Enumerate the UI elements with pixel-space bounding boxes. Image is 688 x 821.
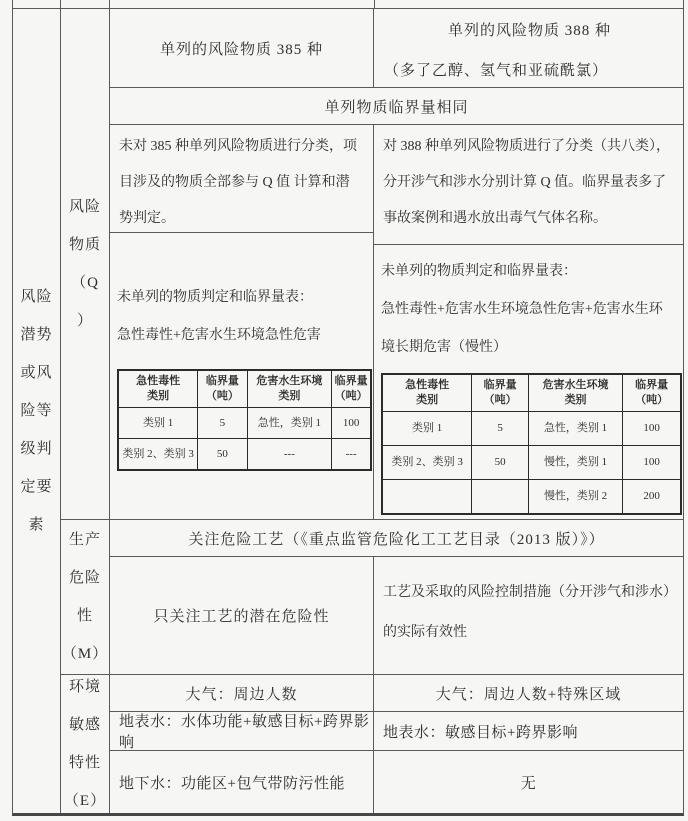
table-cell: 急性，类别 1: [247, 408, 332, 439]
table-body: 风险 潜势 或风 险等 级判 定要 素 风险 物质 （Q ） 单列的风险物质 3…: [13, 9, 683, 813]
cell-new-listed-substances: 单列的风险物质 388 种 （多了乙醇、氢气和亚硫酰氯）: [374, 9, 683, 87]
table-header-row: 急性毒性 类别 临界量 （吨） 危害水生环境 类别 临界量 （吨）: [118, 370, 371, 408]
cell-old-groundwater: 地下水：功能区+包气带防污性能: [110, 751, 374, 813]
row-process-comparison: 只关注工艺的潜在危险性 工艺及采取的风险控制措施（分开涉气和涉水） 的实际有效性: [110, 557, 683, 674]
column-header-critical-quantity: 临界量 （吨）: [472, 374, 529, 412]
new-listed-substances-line1: 单列的风险物质 388 种: [384, 11, 675, 51]
table-row: 类别 2、类别 3 50 慢性，类别 1 100: [382, 446, 681, 480]
table-cell: 5: [472, 412, 529, 446]
cell-new-process-control: 工艺及采取的风险控制措施（分开涉气和涉水） 的实际有效性: [374, 557, 683, 674]
old-unlisted-criteria-table: 急性毒性 类别 临界量 （吨） 危害水生环境 类别 临界量 （吨）: [117, 369, 372, 471]
table-cell: 5: [198, 408, 247, 439]
new-listed-substances-line2: （多了乙醇、氢气和亚硫酰氯）: [384, 51, 675, 91]
table-cell: 50: [198, 439, 247, 471]
table-cell: 类别 2、类别 3: [118, 439, 198, 471]
cell-span-critical-quantity-same: 单列物质临界量相同: [110, 88, 683, 125]
table-cell: 类别 1: [118, 408, 198, 439]
cell-new-air: 大气：周边人数+特殊区域: [374, 675, 683, 711]
cell-old-unlisted: 未单列的物质判定和临界量表： 急性毒性+危害水生环境急性危害 急性毒性 类别 临…: [110, 233, 373, 519]
table-header-row: 急性毒性 类别 临界量 （吨） 危害水生环境 类别 临界量 （吨）: [382, 374, 681, 412]
column-header-acute-toxicity-category: 急性毒性 类别: [382, 374, 472, 412]
row-listed-substances: 单列的风险物质 385 种 单列的风险物质 388 种 （多了乙醇、氢气和亚硫酰…: [110, 9, 683, 88]
risk-q-content: 单列的风险物质 385 种 单列的风险物质 388 种 （多了乙醇、氢气和亚硫酰…: [110, 9, 683, 519]
production-m-content: 关注危险工艺（《重点监管危险化工工艺目录（2013 版）》） 只关注工艺的潜在危…: [110, 520, 683, 674]
row-groundwater: 地下水：功能区+包气带防污性能 无: [110, 751, 683, 813]
table-cell: [472, 480, 529, 515]
section-risk-substance-q: 风险 物质 （Q ） 单列的风险物质 385 种 单列的风险物质 388 种 （…: [61, 9, 683, 520]
cell-new-surface-water: 地表水：敏感目标+跨界影响: [374, 712, 683, 750]
top-stub-col-left: [110, 0, 375, 8]
table-cell: ---: [247, 439, 332, 471]
column-header-critical-quantity-2: 临界量 （吨）: [623, 374, 681, 412]
table-cell: 50: [472, 446, 529, 480]
top-stub-col-a: [13, 0, 61, 8]
cell-old-surface-water: 地表水：水体功能+敏感目标+跨界影响: [110, 712, 374, 750]
cell-span-hazardous-process: 关注危险工艺（《重点监管危险化工工艺目录（2013 版）》）: [110, 520, 683, 557]
cell-old-listed-substances: 单列的风险物质 385 种: [110, 9, 374, 87]
document-photo: 风险 潜势 或风 险等 级判 定要 素 风险 物质 （Q ） 单列的风险物质 3…: [0, 0, 688, 821]
comparison-table: 风险 潜势 或风 险等 级判 定要 素 风险 物质 （Q ） 单列的风险物质 3…: [12, 0, 684, 816]
table-cell: 类别 1: [382, 412, 472, 446]
new-unlisted-criteria-table: 急性毒性 类别 临界量 （吨） 危害水生环境 类别 临界量 （吨）: [381, 373, 682, 515]
new-unlisted-intro: 未单列的物质判定和临界量表： 急性毒性+危害水生环境急性危害+危害水生环 境长期…: [381, 253, 679, 367]
cell-old-process-hazard: 只关注工艺的潜在危险性: [110, 557, 374, 674]
cell-new-classification: 对 388 种单列风险物质进行了分类（共八类）， 分开涉气和涉水分别计算 Q 值…: [374, 125, 683, 245]
section-environment-sensitivity-e: 环境 敏感 特性 （E） 大气：周边人数 大气：周边人数+特殊区域 地表水：水体…: [61, 675, 683, 813]
row-air: 大气：周边人数 大气：周边人数+特殊区域: [110, 675, 683, 712]
table-cell: 100: [332, 408, 371, 439]
column-header-acute-toxicity-category: 急性毒性 类别: [118, 370, 198, 408]
top-stub-col-right: [375, 0, 683, 8]
column-header-critical-quantity-2: 临界量 （吨）: [332, 370, 371, 408]
column-header-aquatic-hazard-category: 危害水生环境 类别: [528, 374, 622, 412]
old-unlisted-intro: 未单列的物质判定和临界量表： 急性毒性+危害水生环境急性危害: [117, 279, 369, 355]
column-new-version: 对 388 种单列风险物质进行了分类（共八类）， 分开涉气和涉水分别计算 Q 值…: [374, 125, 683, 519]
table-cell: 急性，类别 1: [528, 412, 622, 446]
table-cell: 类别 2、类别 3: [382, 446, 472, 480]
table-row: 类别 1 5 急性，类别 1 100: [382, 412, 681, 446]
section-label-production-hazard-m: 生产 危险 性 （M）: [61, 520, 110, 674]
table-cell: 200: [623, 480, 681, 515]
table-top-edge: [13, 0, 683, 9]
environment-e-content: 大气：周边人数 大气：周边人数+特殊区域 地表水：水体功能+敏感目标+跨界影响 …: [110, 675, 683, 813]
cell-new-unlisted: 未单列的物质判定和临界量表： 急性毒性+危害水生环境急性危害+危害水生环 境长期…: [374, 245, 683, 519]
table-row: 类别 1 5 急性，类别 1 100: [118, 408, 371, 439]
cell-old-air: 大气：周边人数: [110, 675, 374, 711]
cell-new-groundwater: 无: [374, 751, 683, 813]
column-header-aquatic-hazard-category: 危害水生环境 类别: [247, 370, 332, 408]
row-classification-and-unlisted: 未对 385 种单列风险物质进行分类，项 目涉及的物质全部参与 Q 值 计算和潜…: [110, 125, 683, 519]
section-production-hazard-m: 生产 危险 性 （M） 关注危险工艺（《重点监管危险化工工艺目录（2013 版）…: [61, 520, 683, 675]
row-group-label: 风险 潜势 或风 险等 级判 定要 素: [13, 9, 61, 813]
table-row: 慢性，类别 2 200: [382, 480, 681, 515]
cell-old-classification: 未对 385 种单列风险物质进行分类，项 目涉及的物质全部参与 Q 值 计算和潜…: [110, 125, 373, 233]
table-cell: [382, 480, 472, 515]
section-label-risk-substance-q: 风险 物质 （Q ）: [61, 9, 110, 519]
top-stub-col-b: [61, 0, 110, 8]
table-cell: ---: [332, 439, 371, 471]
section-label-environment-sensitivity-e: 环境 敏感 特性 （E）: [61, 675, 110, 813]
table-cell: 100: [623, 446, 681, 480]
table-cell: 100: [623, 412, 681, 446]
table-main: 风险 物质 （Q ） 单列的风险物质 385 种 单列的风险物质 388 种 （…: [61, 9, 683, 813]
column-old-version: 未对 385 种单列风险物质进行分类，项 目涉及的物质全部参与 Q 值 计算和潜…: [110, 125, 374, 519]
table-row: 类别 2、类别 3 50 --- ---: [118, 439, 371, 471]
column-header-critical-quantity: 临界量 （吨）: [198, 370, 247, 408]
table-cell: 慢性，类别 1: [528, 446, 622, 480]
row-surface-water: 地表水：水体功能+敏感目标+跨界影响 地表水：敏感目标+跨界影响: [110, 712, 683, 751]
table-cell: 慢性，类别 2: [528, 480, 622, 515]
